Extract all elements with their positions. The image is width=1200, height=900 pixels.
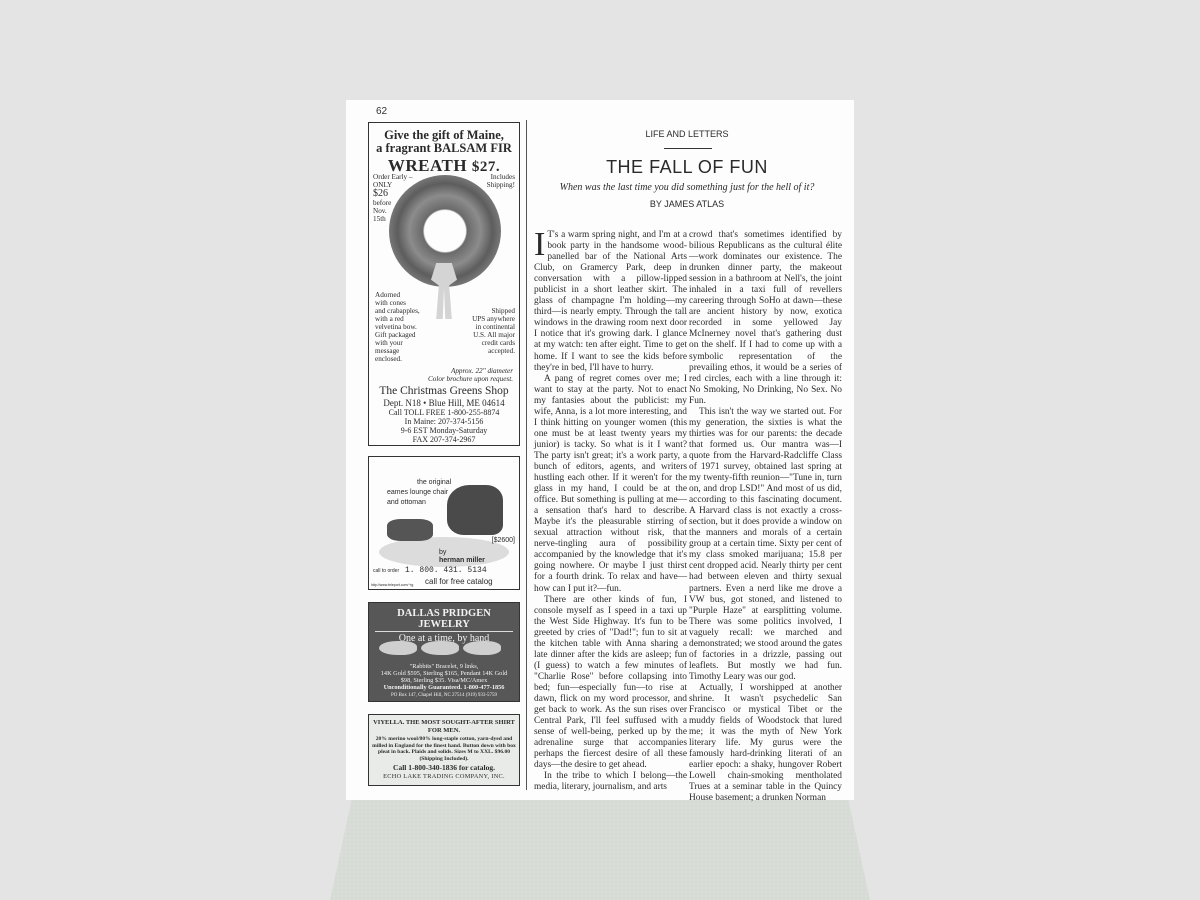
bow-image bbox=[431, 263, 457, 319]
eames-catalog: call for free catalog bbox=[425, 577, 493, 586]
section-label: LIFE AND LETTERS bbox=[532, 129, 842, 139]
article-title: THE FALL OF FUN bbox=[532, 157, 842, 178]
article-byline: BY JAMES ATLAS bbox=[532, 199, 842, 209]
eames-chair-ad: Full Upright Position the original eames… bbox=[368, 456, 520, 590]
section-rule bbox=[664, 148, 712, 149]
jewelry-ad: DALLAS PRIDGEN JEWELRY One at a time, by… bbox=[368, 602, 520, 702]
shop-name: The Christmas Greens Shop bbox=[369, 385, 519, 397]
eames-by: by bbox=[439, 549, 446, 556]
magazine-page: 62 Give the gift of Maine, a fragrant BA… bbox=[346, 100, 854, 800]
paragraph: crowd that's sometimes identified by bil… bbox=[689, 230, 842, 407]
rabbit-bracelet-image bbox=[379, 637, 511, 659]
shop-fax: FAX 207-374-2967 bbox=[369, 435, 519, 444]
wreath-headline-2: a fragrant BALSAM FIR bbox=[369, 142, 519, 155]
order-early-note: Order Early –ONLY $26 beforeNov.15th bbox=[373, 173, 413, 223]
viyella-ad: VIYELLA. THE MOST SOUGHT-AFTER SHIRT FOR… bbox=[368, 714, 520, 786]
article-dek: When was the last time you did something… bbox=[532, 182, 842, 193]
jewelry-title: DALLAS PRIDGEN JEWELRY bbox=[375, 608, 513, 632]
page-shadow bbox=[330, 800, 870, 900]
eames-phone: 1. 800. 431. 5134 bbox=[405, 566, 487, 575]
viyella-desc: 20% merino wool/80% long-staple cotton, … bbox=[369, 736, 519, 762]
paragraph: In the tribe to which I belong—the media… bbox=[534, 771, 687, 793]
eames-line-2: eames lounge chair bbox=[387, 489, 448, 496]
includes-shipping-note: IncludesShipping! bbox=[487, 173, 515, 189]
paragraph: There are other kinds of fun, I console … bbox=[534, 595, 687, 772]
paragraph: This isn't the way we started out. For m… bbox=[689, 407, 842, 683]
eames-line-1: the original bbox=[417, 479, 451, 486]
article-column-2: crowd that's sometimes identified by bil… bbox=[689, 230, 842, 804]
eames-url: http://www.teleport.com/~tg bbox=[371, 583, 413, 587]
shipped-note: ShippedUPS anywherein continental U.S. A… bbox=[472, 307, 515, 355]
eames-line-3: and ottoman bbox=[387, 499, 426, 506]
shop-maine-phone: In Maine: 207-374-5156 bbox=[369, 417, 519, 426]
viyella-headline: VIYELLA. THE MOST SOUGHT-AFTER SHIRT FOR… bbox=[369, 719, 519, 734]
paragraph: Actually, I worshipped at another shrine… bbox=[689, 683, 842, 805]
ottoman-image bbox=[387, 519, 433, 541]
eames-maker: herman miller bbox=[439, 557, 485, 564]
wreath-headline: Give the gift of Maine, a fragrant BALSA… bbox=[369, 129, 519, 155]
shop-address: Dept. N18 • Blue Hill, ME 04614 bbox=[369, 398, 519, 408]
column-divider bbox=[526, 120, 527, 790]
eames-price: [$2600] bbox=[492, 537, 515, 544]
paragraph: A pang of regret comes over me; I want t… bbox=[534, 374, 687, 595]
article-column-1: IT's a warm spring night, and I'm at a b… bbox=[534, 230, 687, 793]
diameter-note: Approx. 22" diameterColor brochure upon … bbox=[428, 367, 513, 383]
jewelry-desc-4: Unconditionally Guaranteed. 1-800-477-18… bbox=[369, 684, 519, 691]
shop-hours: 9-6 EST Monday-Saturday bbox=[369, 426, 519, 435]
shop-tollfree: Call TOLL FREE 1-800-255-8874 bbox=[369, 408, 519, 417]
lounge-chair-image bbox=[447, 485, 503, 535]
viyella-call: Call 1-800-340-1836 for catalog. bbox=[369, 763, 519, 772]
jewelry-desc-5: PO Box 147, Chapel Hill, NC 27514 (919) … bbox=[369, 692, 519, 699]
viyella-company: ECHO LAKE TRADING COMPANY, INC. bbox=[369, 773, 519, 780]
order-label: call to order bbox=[373, 568, 399, 574]
page-number: 62 bbox=[376, 106, 387, 117]
drop-cap: I bbox=[534, 231, 545, 259]
paragraph: IT's a warm spring night, and I'm at a b… bbox=[534, 230, 687, 374]
wreath-ad: Give the gift of Maine, a fragrant BALSA… bbox=[368, 122, 520, 446]
adorned-note: Adornedwith conesand crabapples, with a … bbox=[375, 291, 420, 363]
